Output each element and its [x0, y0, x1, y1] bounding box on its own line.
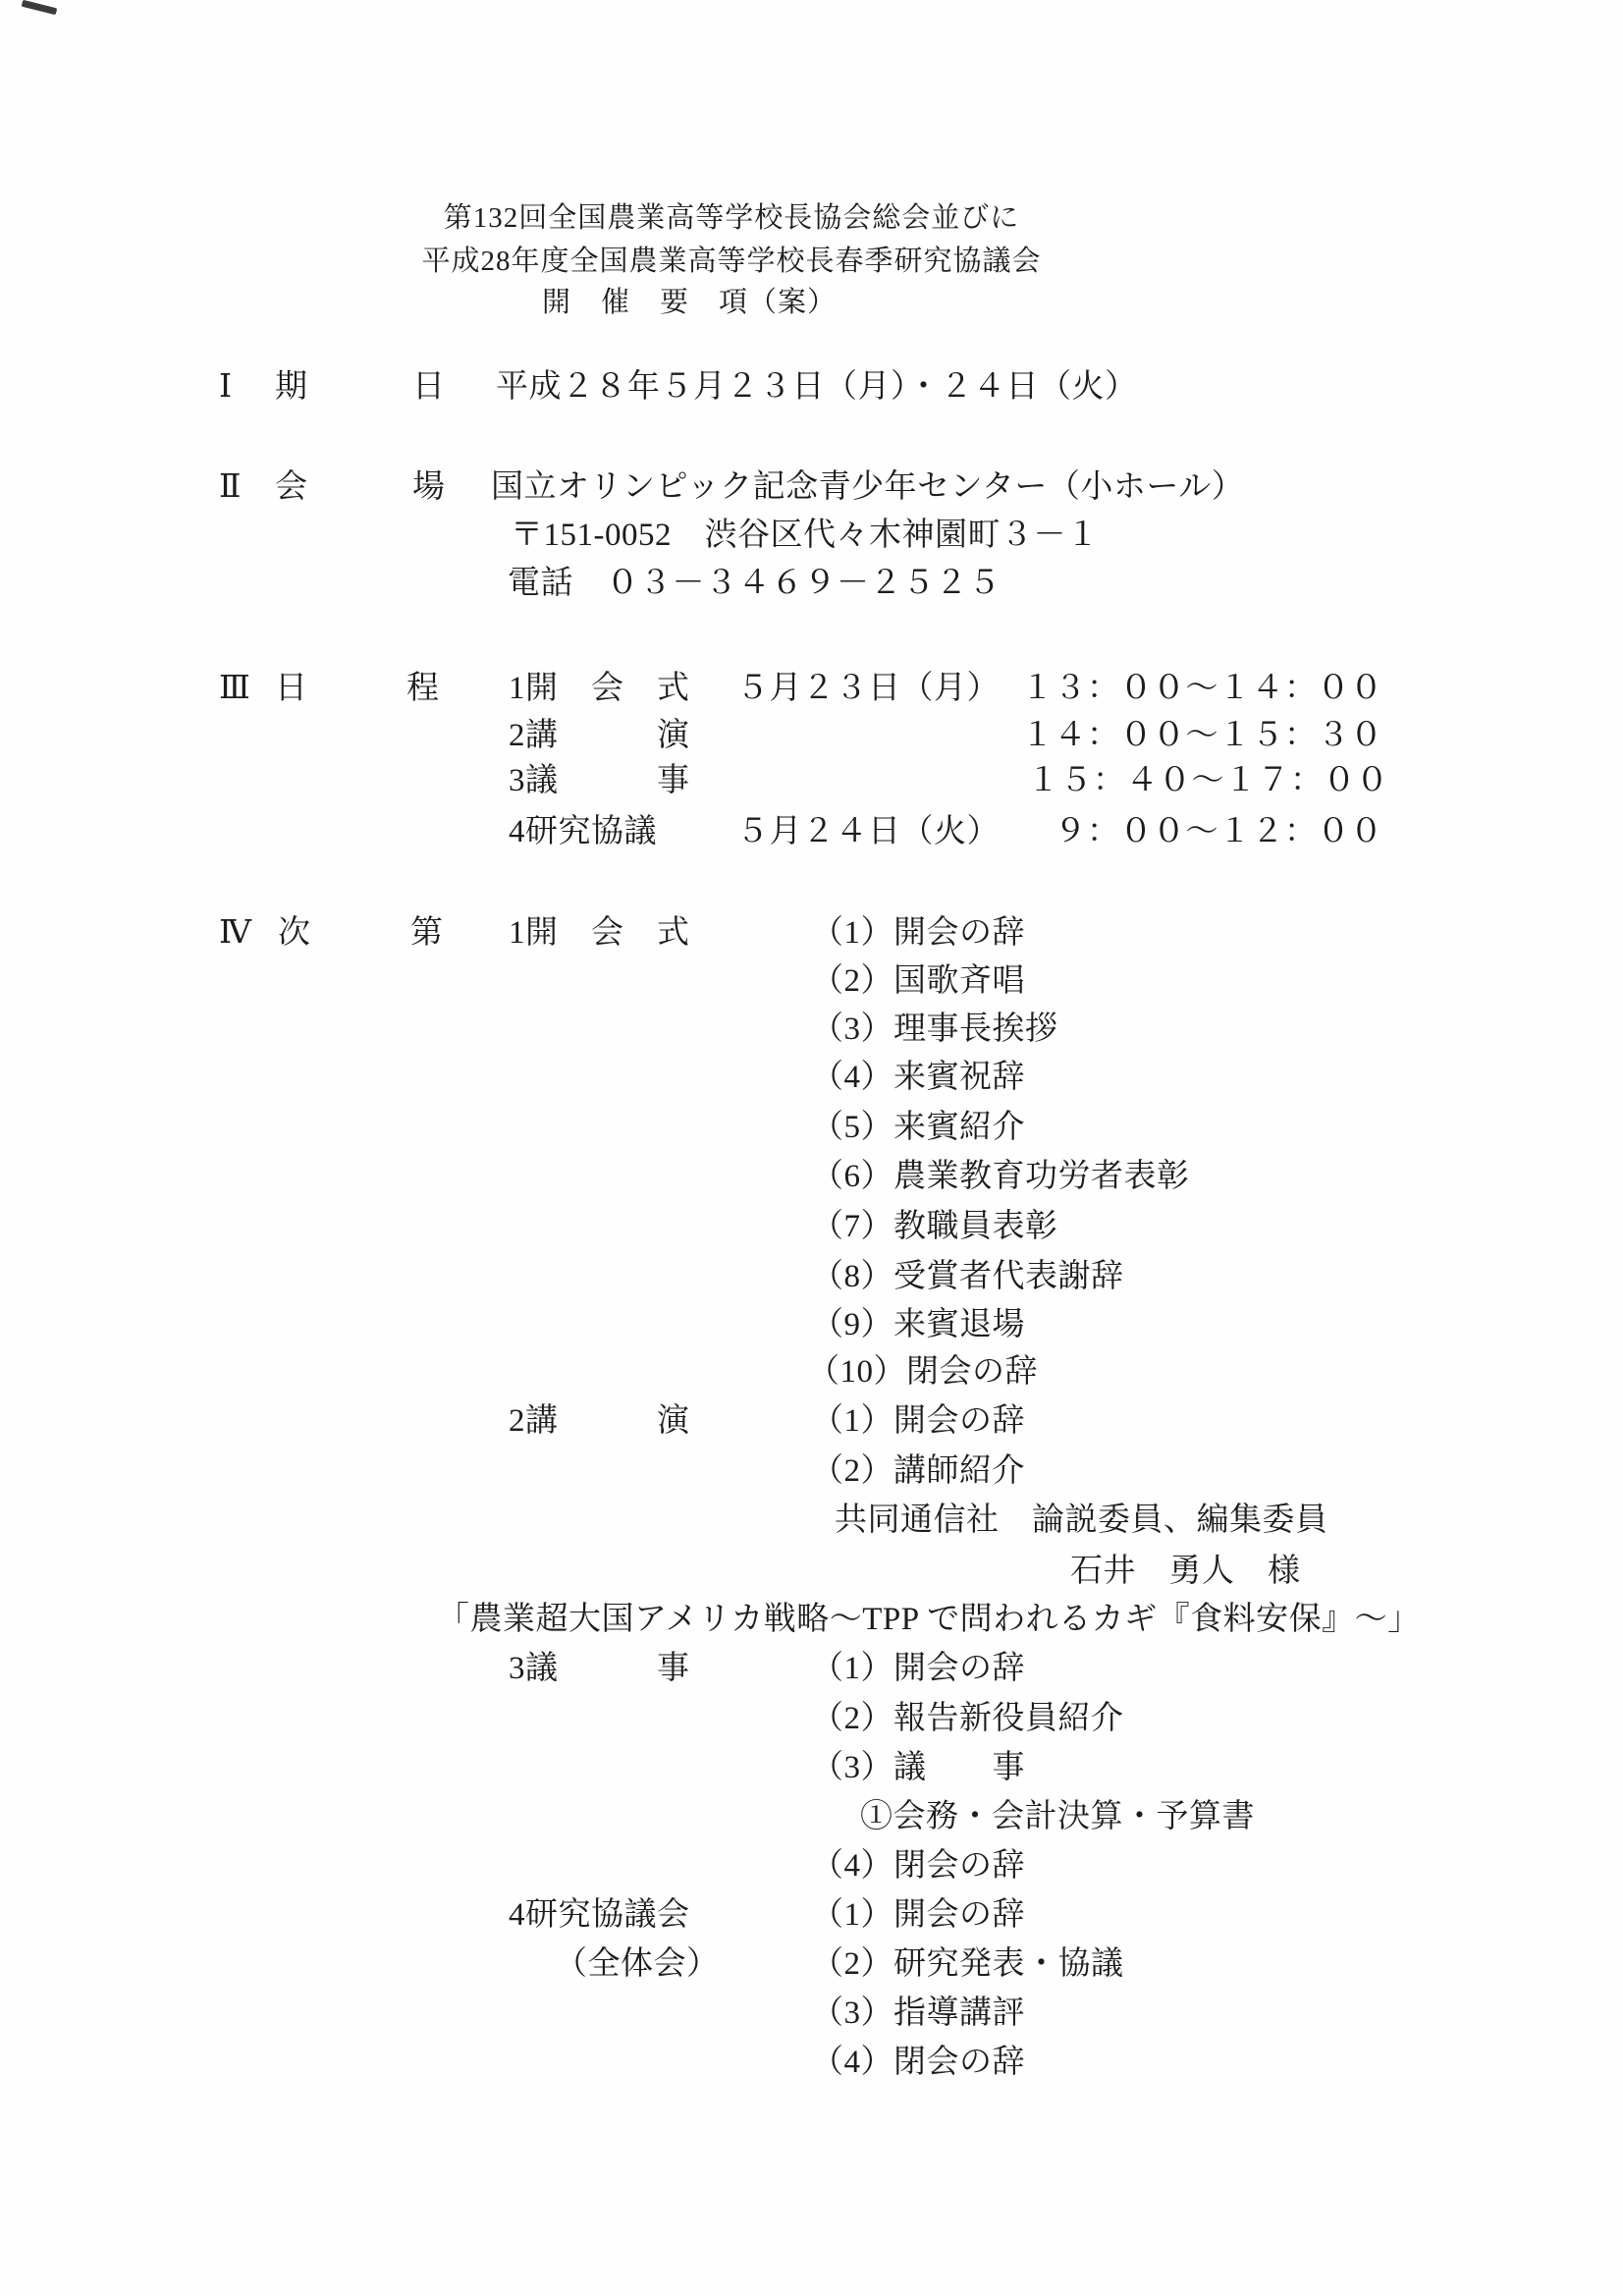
- agenda-item: （2）報告新役員紹介: [811, 1701, 1124, 1738]
- schedule-row-date: ５月２３日（月）: [736, 671, 1000, 708]
- agenda-item: （1）開会の辞: [811, 1403, 1025, 1441]
- section4-label-char2: 第: [410, 915, 444, 953]
- agenda-item: （2）講師紹介: [811, 1453, 1025, 1491]
- lecture-speaker-name: 石井 勇人 様: [1070, 1554, 1301, 1591]
- agenda-item: （3）議 事: [811, 1750, 1025, 1787]
- agenda-item: （3）指導講評: [811, 1995, 1025, 2033]
- agenda-item: （4）閉会の辞: [811, 2045, 1025, 2082]
- section2-numeral: Ⅱ: [219, 469, 242, 507]
- section2-label-char1: 会: [275, 469, 308, 507]
- lecture-speaker-affiliation: 共同通信社 論説委員、編集委員: [835, 1503, 1328, 1540]
- agenda-item: （8）受賞者代表謝辞: [811, 1259, 1124, 1296]
- proceedings-label: 3議 事: [509, 1651, 690, 1688]
- schedule-row-item: 4研究協議: [509, 814, 657, 851]
- agenda-item: （1）開会の辞: [811, 915, 1025, 953]
- lecture-title: 「農業超大国アメリカ戦略～TPP で問われるカギ『食料安保』～」: [437, 1602, 1421, 1639]
- agenda-item: （2）研究発表・協議: [811, 1946, 1124, 1984]
- schedule-row-item: 2講 演: [509, 718, 690, 755]
- agenda-sub-item: ①会務・会計決算・予算書: [860, 1799, 1255, 1836]
- section1-label-char1: 期: [275, 369, 308, 407]
- doc-title-line2: 平成28年度全国農業高等学校長春季研究協議会: [421, 246, 1041, 278]
- agenda-item: （4）閉会の辞: [811, 1848, 1025, 1886]
- section4-numeral: Ⅳ: [219, 915, 251, 953]
- schedule-row-time: １４：００～１５：３０: [1021, 718, 1383, 755]
- section1-date-text: 平成２８年５月２３日（月）・２４日（火）: [496, 369, 1138, 407]
- agenda-item: （5）来賓紹介: [811, 1110, 1025, 1147]
- research-council-label: 4研究協議会: [509, 1897, 690, 1935]
- agenda-item: （3）理事長挨拶: [811, 1011, 1058, 1049]
- document-page: 第132回全国農業高等学校長協会総会並びに 平成28年度全国農業高等学校長春季研…: [0, 0, 1623, 2296]
- lecture-label: 2講 演: [509, 1403, 690, 1441]
- section1-numeral: Ⅰ: [219, 369, 233, 407]
- schedule-row-time: １３：００～１４：００: [1021, 671, 1383, 708]
- doc-title-line1: 第132回全国農業高等学校長協会総会並びに: [444, 202, 1020, 235]
- schedule-row-date: ５月２４日（火）: [736, 814, 1000, 851]
- scan-artifact: [22, 0, 58, 15]
- section2-phone: 電話 ０３－３４６９－２５２５: [508, 566, 1001, 603]
- doc-title-line3: 開 催 要 項（案）: [542, 287, 837, 319]
- agenda-item: （4）来賓祝辞: [811, 1060, 1025, 1097]
- opening-ceremony-label: 1開 会 式: [509, 915, 690, 953]
- section3-numeral: Ⅲ: [219, 671, 250, 708]
- section2-venue: 国立オリンピック記念青少年センター（小ホール）: [491, 469, 1244, 507]
- section2-address: 〒151-0052 渋谷区代々木神園町３－１: [511, 518, 1100, 555]
- schedule-row-item: 3議 事: [509, 763, 690, 800]
- section1-label-char2: 日: [412, 369, 446, 407]
- agenda-item: （10）閉会の辞: [807, 1354, 1038, 1392]
- agenda-item: （1）開会の辞: [811, 1651, 1025, 1688]
- schedule-row-item: 1開 会 式: [509, 671, 690, 708]
- agenda-item: （6）農業教育功労者表彰: [811, 1159, 1190, 1196]
- section2-label-char2: 場: [412, 469, 446, 507]
- section3-label-char1: 日: [275, 671, 308, 708]
- section3-label-char2: 程: [406, 671, 440, 708]
- agenda-item: （1）開会の辞: [811, 1897, 1025, 1935]
- section4-label-char1: 次: [278, 915, 311, 953]
- schedule-row-time: ９：００～１２：００: [1021, 814, 1383, 851]
- agenda-item: （9）来賓退場: [811, 1307, 1025, 1344]
- schedule-row-time: １５：４０～１７：００: [1027, 763, 1389, 800]
- research-council-sublabel: （全体会）: [555, 1946, 720, 1984]
- agenda-item: （7）教職員表彰: [811, 1209, 1058, 1246]
- agenda-item: （2）国歌斉唱: [811, 963, 1025, 1001]
